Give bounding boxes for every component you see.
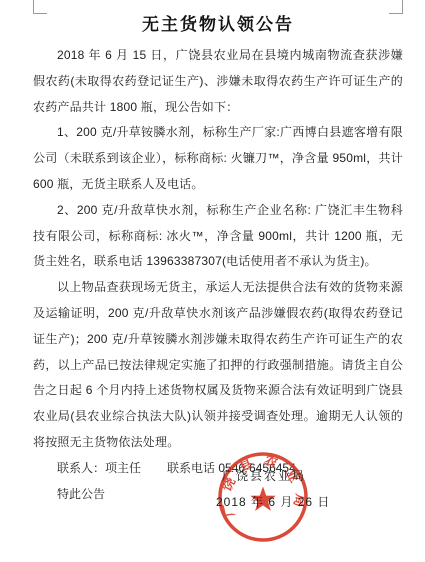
contact-person: 联系人：项主任 (57, 461, 141, 475)
signature-date: 2018 年 6 月 26 日 (216, 494, 330, 510)
paragraph-item-1: 1、200 克/升草铵膦水剂，标称生产厂家:广西博白县遮客增有限公司（未联系到该… (33, 120, 403, 197)
paragraph-claim-instructions: 以上物品查获现场无货主，承运人无法提供合法有效的货物来源及运输证明，200 克/… (33, 275, 403, 456)
document-body: 无主货物认领公告 2018 年 6 月 15 日，广饶县农业局在县境内城南物流查… (33, 10, 403, 507)
paragraph-intro: 2018 年 6 月 15 日，广饶县农业局在县境内城南物流查获涉嫌假农药(未取… (33, 43, 403, 120)
signature-org: 广饶县农业局 (222, 468, 306, 484)
paragraph-item-2: 2、200 克/升敌草快水剂，标称生产企业名称: 广饶汇丰生物科技有限公司，标称… (33, 198, 403, 275)
document-title: 无主货物认领公告 (33, 10, 403, 35)
announcement-document-page: 无主货物认领公告 2018 年 6 月 15 日，广饶县农业局在县境内城南物流查… (0, 0, 425, 562)
